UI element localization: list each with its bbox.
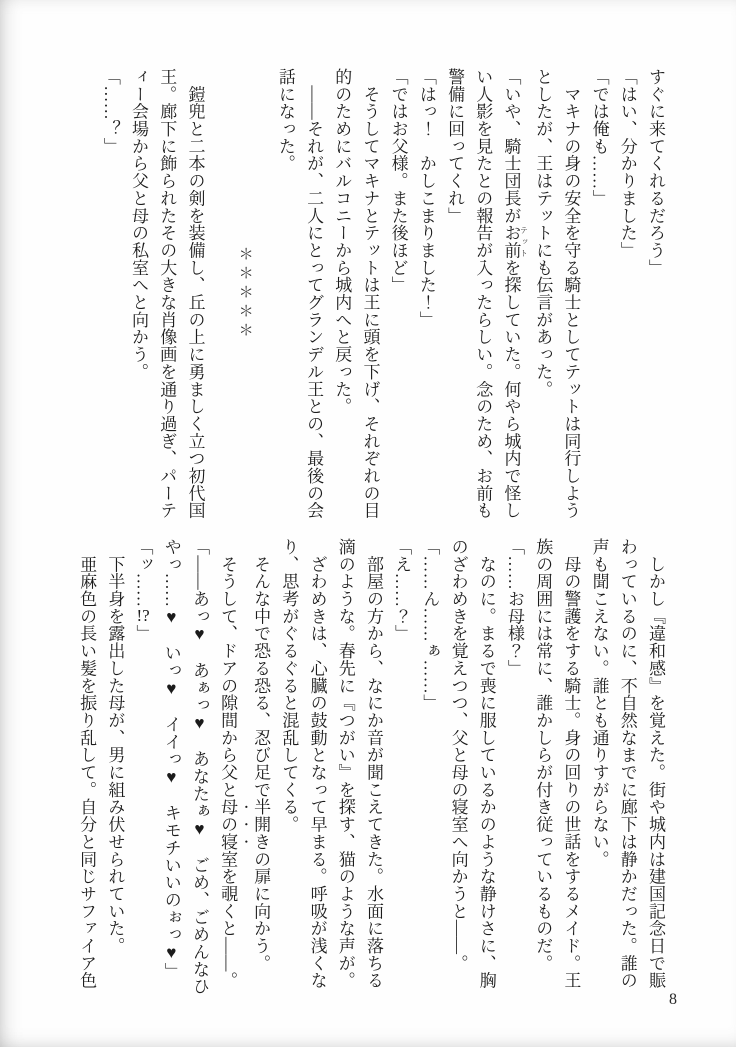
text-run: 下半身を露出した母が、男に組み伏せられていた。	[105, 538, 124, 954]
text-column: い人影を見たとの報告が入ったらしい。念のため、お前も	[468, 68, 496, 518]
text-run: 「……ん……ぁ……」	[420, 538, 439, 712]
text-column: ざわめきは、心臓の鼓動となって早まる。呼吸が浅くな	[302, 538, 330, 988]
text-run: 母の警護をする騎士。身の回りの世話をするメイド。王	[561, 538, 580, 989]
text-column: 「いや、騎士団長がお前テットを探していた。何やら城内で怪し	[496, 68, 528, 518]
text-run: 「では俺も……」	[590, 68, 609, 207]
text-run: 族の周囲には常に、誰かしらが付き従っているものだ。	[533, 538, 552, 972]
text-column: 「……お母様？」	[500, 538, 528, 988]
text-run: 」	[134, 624, 153, 641]
text-run: ィー会場から父と母の私室へと向かう。	[129, 68, 148, 380]
text-column: しかし『違和感』を覚えた。街や城内は建国記念日で賑	[641, 538, 669, 988]
text-run: のざわめきを覚えつつ、父と母の寝室へ向かうと——。	[449, 538, 468, 972]
text-run: 警備に回ってくれ」	[445, 68, 464, 224]
text-run: なのに。まるで喪に服しているかのような静けさに、胸	[477, 538, 496, 989]
text-column: り、思考がぐるぐると混乱してくる。	[274, 538, 302, 988]
text-run: そうして、ドアの隙間から父と母の寝室を覗くと——。	[218, 538, 237, 989]
text-column: 下半身を露出した母が、男に組み伏せられていた。	[100, 538, 128, 988]
text-column: すぐに来てくれるだろう」	[641, 68, 669, 518]
text-column: 滴のような。春先に『つがい』を探す、猫のような声が。	[331, 538, 359, 988]
text-column: 「……ん……ぁ……」	[415, 538, 443, 988]
tatechuyoko-text: !?	[134, 607, 153, 624]
text-run: 「いや、騎士団長が	[501, 68, 520, 224]
text-column: 亜麻色の長い髪を振り乱して。自分と同じサファイア色	[72, 538, 100, 988]
text-run: 「……？」	[101, 68, 120, 155]
text-column: 部屋の方から、なにか音が聞こえてきた。水面に落ちる	[359, 538, 387, 988]
text-run: ＊＊＊＊＊	[237, 246, 253, 341]
text-run: やっ……♥ いっ♥ イイっ♥ キモチいいのぉっ♥」	[162, 538, 181, 980]
text-run: を探していた。何やら城内で怪し	[501, 259, 520, 519]
text-column: ——それが、二人にとってグランデル王との、最後の会	[299, 68, 327, 518]
text-run: の扉に向かう。	[251, 850, 270, 971]
section-separator: ＊＊＊＊＊	[230, 68, 258, 518]
text-run: 声も聞こえない。誰とも通りすがらない。	[590, 538, 609, 868]
text-run: しかし『違和感』を覚えた。街や城内は建国記念日で賑	[646, 538, 665, 989]
text-column: なのに。まるで喪に服しているかのような静けさに、胸	[472, 538, 500, 988]
text-run: 話になった。	[276, 68, 295, 172]
text-run: としたが、王はテットにも伝言があった。	[533, 68, 552, 398]
text-run: 「……お母様？」	[505, 538, 524, 677]
text-run: ——それが、二人にとってグランデル王との、最後の会	[304, 68, 323, 519]
text-column: 「はい、分かりました」	[613, 68, 641, 518]
text-run: 王。廊下に飾られたその大きな肖像画を通り過ぎ、パーテ	[157, 68, 176, 519]
text-column: わっているのに、不自然なまでに廊下は静かだった。誰の	[613, 538, 641, 988]
text-run: 的のためにバルコニーから城内へと戻った。	[332, 68, 351, 415]
text-run: 部屋の方から、なにか音が聞こえてきた。水面に落ちる	[364, 538, 383, 989]
text-run: マキナの身の安全を守る騎士としてテットは同行しよう	[561, 68, 580, 519]
text-run: い人影を見たとの報告が入ったらしい。念のため、お前も	[473, 68, 492, 519]
text-run: 「ッ……	[134, 538, 153, 607]
text-run: わっているのに、不自然なまでに廊下は静かだった。誰の	[618, 538, 637, 989]
text-run: そんな中で恐る恐る、忍び足で	[251, 538, 270, 798]
text-column: 鎧兜と二本の剣を装備し、丘の上に勇ましく立つ初代国	[180, 68, 208, 518]
text-column: 警備に回ってくれ」	[440, 68, 468, 518]
text-run: ざわめきは、心臓の鼓動となって早まる。呼吸が浅くな	[308, 538, 327, 989]
text-column: 「ではお父様。また後ほど」	[383, 68, 411, 518]
text-column: 「——あっ♥ あぁっ♥ あなたぁ♥ ごめ、ごめんなひ	[185, 538, 213, 988]
text-column: としたが、王はテットにも伝言があった。	[528, 68, 556, 518]
novel-page: すぐに来てくれるだろう」「はい、分かりました」「では俺も……」 マキナの身の安全…	[0, 0, 736, 1047]
text-column: ィー会場から父と母の私室へと向かう。	[124, 68, 152, 518]
text-column: そうして、ドアの隙間から父と母の寝室を覗くと——。	[213, 538, 241, 988]
text-column: 族の周囲には常に、誰かしらが付き従っているものだ。	[528, 538, 556, 988]
text-column: 「では俺も……」	[584, 68, 612, 518]
text-run: 鎧兜と二本の剣を装備し、丘の上に勇ましく立つ初代国	[185, 68, 204, 519]
text-column: 「え……？」	[387, 538, 415, 988]
text-column: やっ……♥ いっ♥ イイっ♥ キモチいいのぉっ♥」	[157, 538, 185, 988]
text-run: 「——あっ♥ あぁっ♥ あなたぁ♥ ごめ、ごめんなひ	[190, 538, 209, 995]
text-column: 話になった。	[271, 68, 299, 518]
text-run: 「はっ！ かしこまりました！」	[417, 68, 436, 328]
text-run: り、思考がぐるぐると混乱してくる。	[279, 538, 298, 833]
text-column: 「ッ……!?」	[128, 538, 156, 988]
text-section-bottom: しかし『違和感』を覚えた。街や城内は建国記念日で賑わっているのに、不自然なまでに…	[72, 538, 669, 988]
text-column: 的のためにバルコニーから城内へと戻った。	[327, 68, 355, 518]
text-column: 「はっ！ かしこまりました！」	[412, 68, 440, 518]
text-run: 「はい、分かりました」	[618, 68, 637, 259]
text-run: 亜麻色の長い髪を振り乱して。自分と同じサファイア色	[77, 538, 96, 989]
furigana-ruby: お前テット	[501, 224, 520, 259]
text-column: そんな中で恐る恐る、忍び足で半開きの扉に向かう。	[241, 538, 274, 988]
text-run: 「ではお父様。また後ほど」	[389, 68, 408, 294]
text-run: 「え……？」	[392, 538, 411, 642]
text-column: 母の警護をする騎士。身の回りの世話をするメイド。王	[556, 538, 584, 988]
furigana-text: テット	[519, 224, 528, 259]
text-section-top: すぐに来てくれるだろう」「はい、分かりました」「では俺も……」 マキナの身の安全…	[96, 68, 669, 518]
text-run: 滴のような。春先に『つがい』を探す、猫のような声が。	[336, 538, 355, 989]
text-column: 王。廊下に飾られたその大きな肖像画を通り過ぎ、パーテ	[152, 68, 180, 518]
text-column: のざわめきを覚えつつ、父と母の寝室へ向かうと——。	[443, 538, 471, 988]
text-run: すぐに来てくれるだろう」	[646, 68, 665, 276]
text-column: 声も聞こえない。誰とも通りすがらない。	[584, 538, 612, 988]
text-run: そうしてマキナとテットは王に頭を下げ、それぞれの目	[360, 68, 379, 519]
page-number: 8	[669, 991, 677, 1009]
text-column: そうしてマキナとテットは王に頭を下げ、それぞれの目	[355, 68, 383, 518]
text-column: マキナの身の安全を守る騎士としてテットは同行しよう	[556, 68, 584, 518]
emphasized-text: 半開き	[251, 798, 270, 850]
text-column: 「……？」	[96, 68, 124, 518]
